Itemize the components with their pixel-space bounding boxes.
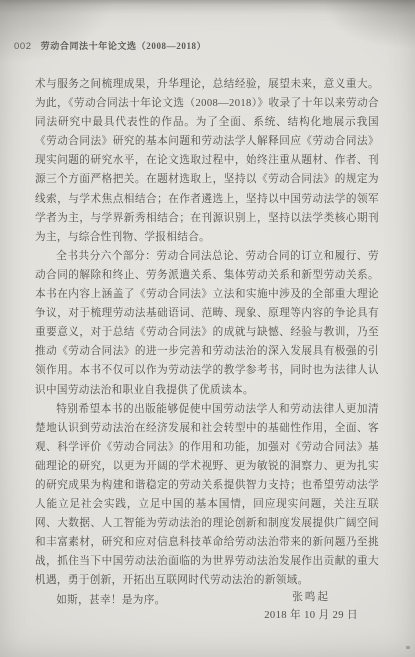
page-number: 002 xyxy=(14,41,32,52)
book-page: 002 劳动合同法十年论文选（2008—2018） 术与服务之间梳理成果，升华理… xyxy=(0,0,415,657)
signature-date: 2018 年 10 月 29 日 xyxy=(264,607,358,625)
photo-corner-artifact xyxy=(406,646,410,649)
preface-body: 术与服务之间梳理成果，升华理论，总结经验，展望未来，意义重大。为此，《劳动合同法… xyxy=(35,75,379,610)
paragraph-continuation: 术与服务之间梳理成果，升华理论，总结经验，展望未来，意义重大。为此，《劳动合同法… xyxy=(35,75,379,247)
signature-block: 张鸣起 2018 年 10 月 29 日 xyxy=(264,589,358,625)
paragraph: 全书共分六个部分：劳动合同法总论、劳动合同的订立和履行、劳动合同的解除和终止、劳… xyxy=(35,247,379,400)
page-header: 002 劳动合同法十年论文选（2008—2018） xyxy=(14,39,385,52)
author-signature: 张鸣起 xyxy=(264,589,358,607)
paragraph: 特别希望本书的出版能够促使中国劳动法学人和劳动法律人更加清楚地认识到劳动法治在经… xyxy=(35,400,379,591)
running-head-book-title: 劳动合同法十年论文选（2008—2018） xyxy=(41,39,207,52)
